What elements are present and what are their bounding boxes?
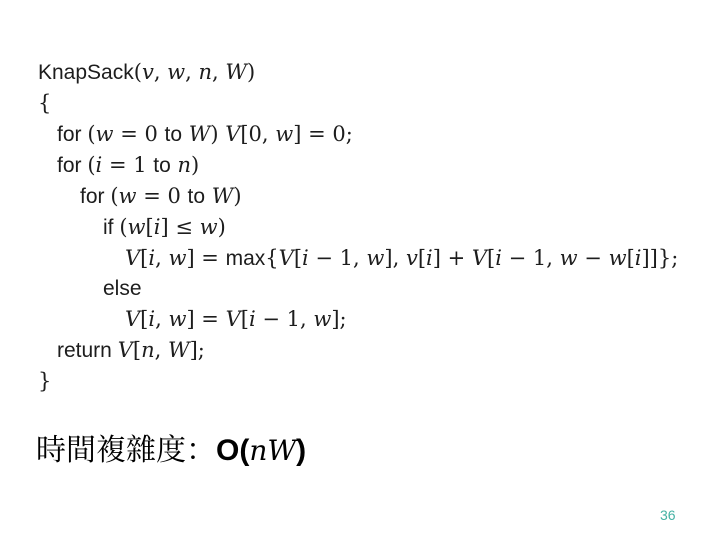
code-variable: w (366, 246, 384, 270)
code-plain: [0, (240, 122, 275, 146)
code-variable: V (118, 338, 133, 362)
code-variable: n (199, 60, 213, 84)
code-plain: , (155, 338, 168, 362)
code-variable: w (200, 215, 218, 239)
code-variable: W (225, 60, 247, 84)
code-plain: [ (241, 307, 249, 331)
code-variable: w (96, 122, 114, 146)
code-plain: ( (87, 122, 95, 146)
code-keyword: KnapSack (38, 61, 134, 84)
code-plain: ( (119, 215, 127, 239)
code-line: if (w[i] ≤ w) (103, 212, 678, 243)
complexity-line: 時間複雜度：O(nW) (36, 425, 306, 469)
code-line: } (38, 366, 678, 397)
code-variable: W (212, 184, 234, 208)
code-plain: ] + (433, 246, 472, 270)
code-plain: } (38, 369, 51, 393)
code-keyword: to (188, 185, 206, 208)
code-variable: i (302, 246, 309, 270)
page-number: 36 (660, 507, 676, 523)
code-line: V[i, w] = max{V[i − 1, w], v[i] + V[i − … (125, 243, 678, 274)
code-variable: w (313, 307, 331, 331)
code-keyword: to (153, 154, 171, 177)
code-line: for (w = 0 to W) (80, 181, 678, 212)
code-plain: , (154, 60, 167, 84)
code-plain: − (578, 246, 609, 270)
code-plain: − 1, (309, 246, 367, 270)
code-variable: w (560, 246, 578, 270)
code-plain (182, 122, 189, 146)
complexity-label: 時間複雜度： (36, 433, 216, 468)
code-variable: V (125, 246, 140, 270)
code-plain: , (155, 307, 168, 331)
code-keyword: to (165, 123, 183, 146)
code-variable: w (609, 246, 627, 270)
slide-canvas: KnapSack(v, w, n, W){for (w = 0 to W) V[… (0, 0, 720, 540)
code-line: for (w = 0 to W) V[0, w] = 0; (57, 119, 678, 150)
code-plain: [ (294, 246, 302, 270)
code-keyword: for (57, 154, 87, 177)
code-plain (205, 184, 212, 208)
code-plain: { (265, 246, 278, 270)
big-o-variables: nW (249, 434, 296, 467)
code-line: return V[n, W]; (57, 335, 678, 366)
code-plain: { (38, 91, 51, 115)
code-variable: n (177, 153, 191, 177)
code-plain: [ (146, 215, 154, 239)
code-variable: W (168, 338, 190, 362)
code-plain: ] = 0; (293, 122, 353, 146)
big-o-close: ) (296, 434, 306, 467)
code-plain: [ (627, 246, 635, 270)
code-plain: ) (191, 153, 199, 177)
code-plain: = 0 (137, 184, 188, 208)
code-plain: ]; (190, 338, 205, 362)
code-variable: w (119, 184, 137, 208)
code-keyword: if (103, 216, 119, 239)
code-plain: ] = (186, 307, 225, 331)
code-plain: ]]}; (641, 246, 678, 270)
pseudocode-block: KnapSack(v, w, n, W){for (w = 0 to W) V[… (38, 57, 678, 397)
code-plain: ) (233, 184, 241, 208)
code-variable: V (125, 307, 140, 331)
code-variable: n (141, 338, 155, 362)
code-plain: ] ≤ (160, 215, 199, 239)
code-variable: v (406, 246, 418, 270)
code-line: else (103, 274, 678, 304)
code-plain: ( (110, 184, 118, 208)
code-plain: [ (418, 246, 426, 270)
code-variable: V (279, 246, 294, 270)
code-keyword: for (57, 123, 87, 146)
code-plain: ( (134, 60, 142, 84)
code-variable: i (249, 307, 256, 331)
code-plain: ], (384, 246, 406, 270)
code-plain: ( (87, 153, 95, 177)
code-variable: V (225, 122, 240, 146)
code-plain: ) (218, 215, 226, 239)
code-variable: i (495, 246, 502, 270)
code-plain: ] = (186, 246, 225, 270)
code-plain: [ (133, 338, 141, 362)
code-keyword: return (57, 339, 118, 362)
code-variable: w (168, 246, 186, 270)
code-plain: , (155, 246, 168, 270)
code-variable: w (168, 307, 186, 331)
code-plain: − 1, (256, 307, 314, 331)
code-keyword: max (226, 247, 266, 270)
code-plain: − 1, (502, 246, 560, 270)
code-variable: w (167, 60, 185, 84)
code-plain: ) (210, 122, 225, 146)
code-line: for (i = 1 to n) (57, 150, 678, 181)
code-variable: w (275, 122, 293, 146)
big-o-open: O( (216, 434, 249, 467)
code-variable: W (189, 122, 211, 146)
code-plain: ]; (331, 307, 346, 331)
code-keyword: else (103, 277, 142, 300)
code-plain: ) (247, 60, 255, 84)
code-line: { (38, 88, 678, 119)
code-line: V[i, w] = V[i − 1, w]; (125, 304, 678, 335)
code-plain: , (185, 60, 198, 84)
code-plain: = 0 (114, 122, 165, 146)
code-variable: V (226, 307, 241, 331)
code-keyword: for (80, 185, 110, 208)
code-line: KnapSack(v, w, n, W) (38, 57, 678, 88)
code-variable: i (426, 246, 433, 270)
code-variable: V (472, 246, 487, 270)
code-plain: = 1 (102, 153, 153, 177)
code-variable: v (142, 60, 154, 84)
code-variable: w (128, 215, 146, 239)
code-plain: , (212, 60, 225, 84)
